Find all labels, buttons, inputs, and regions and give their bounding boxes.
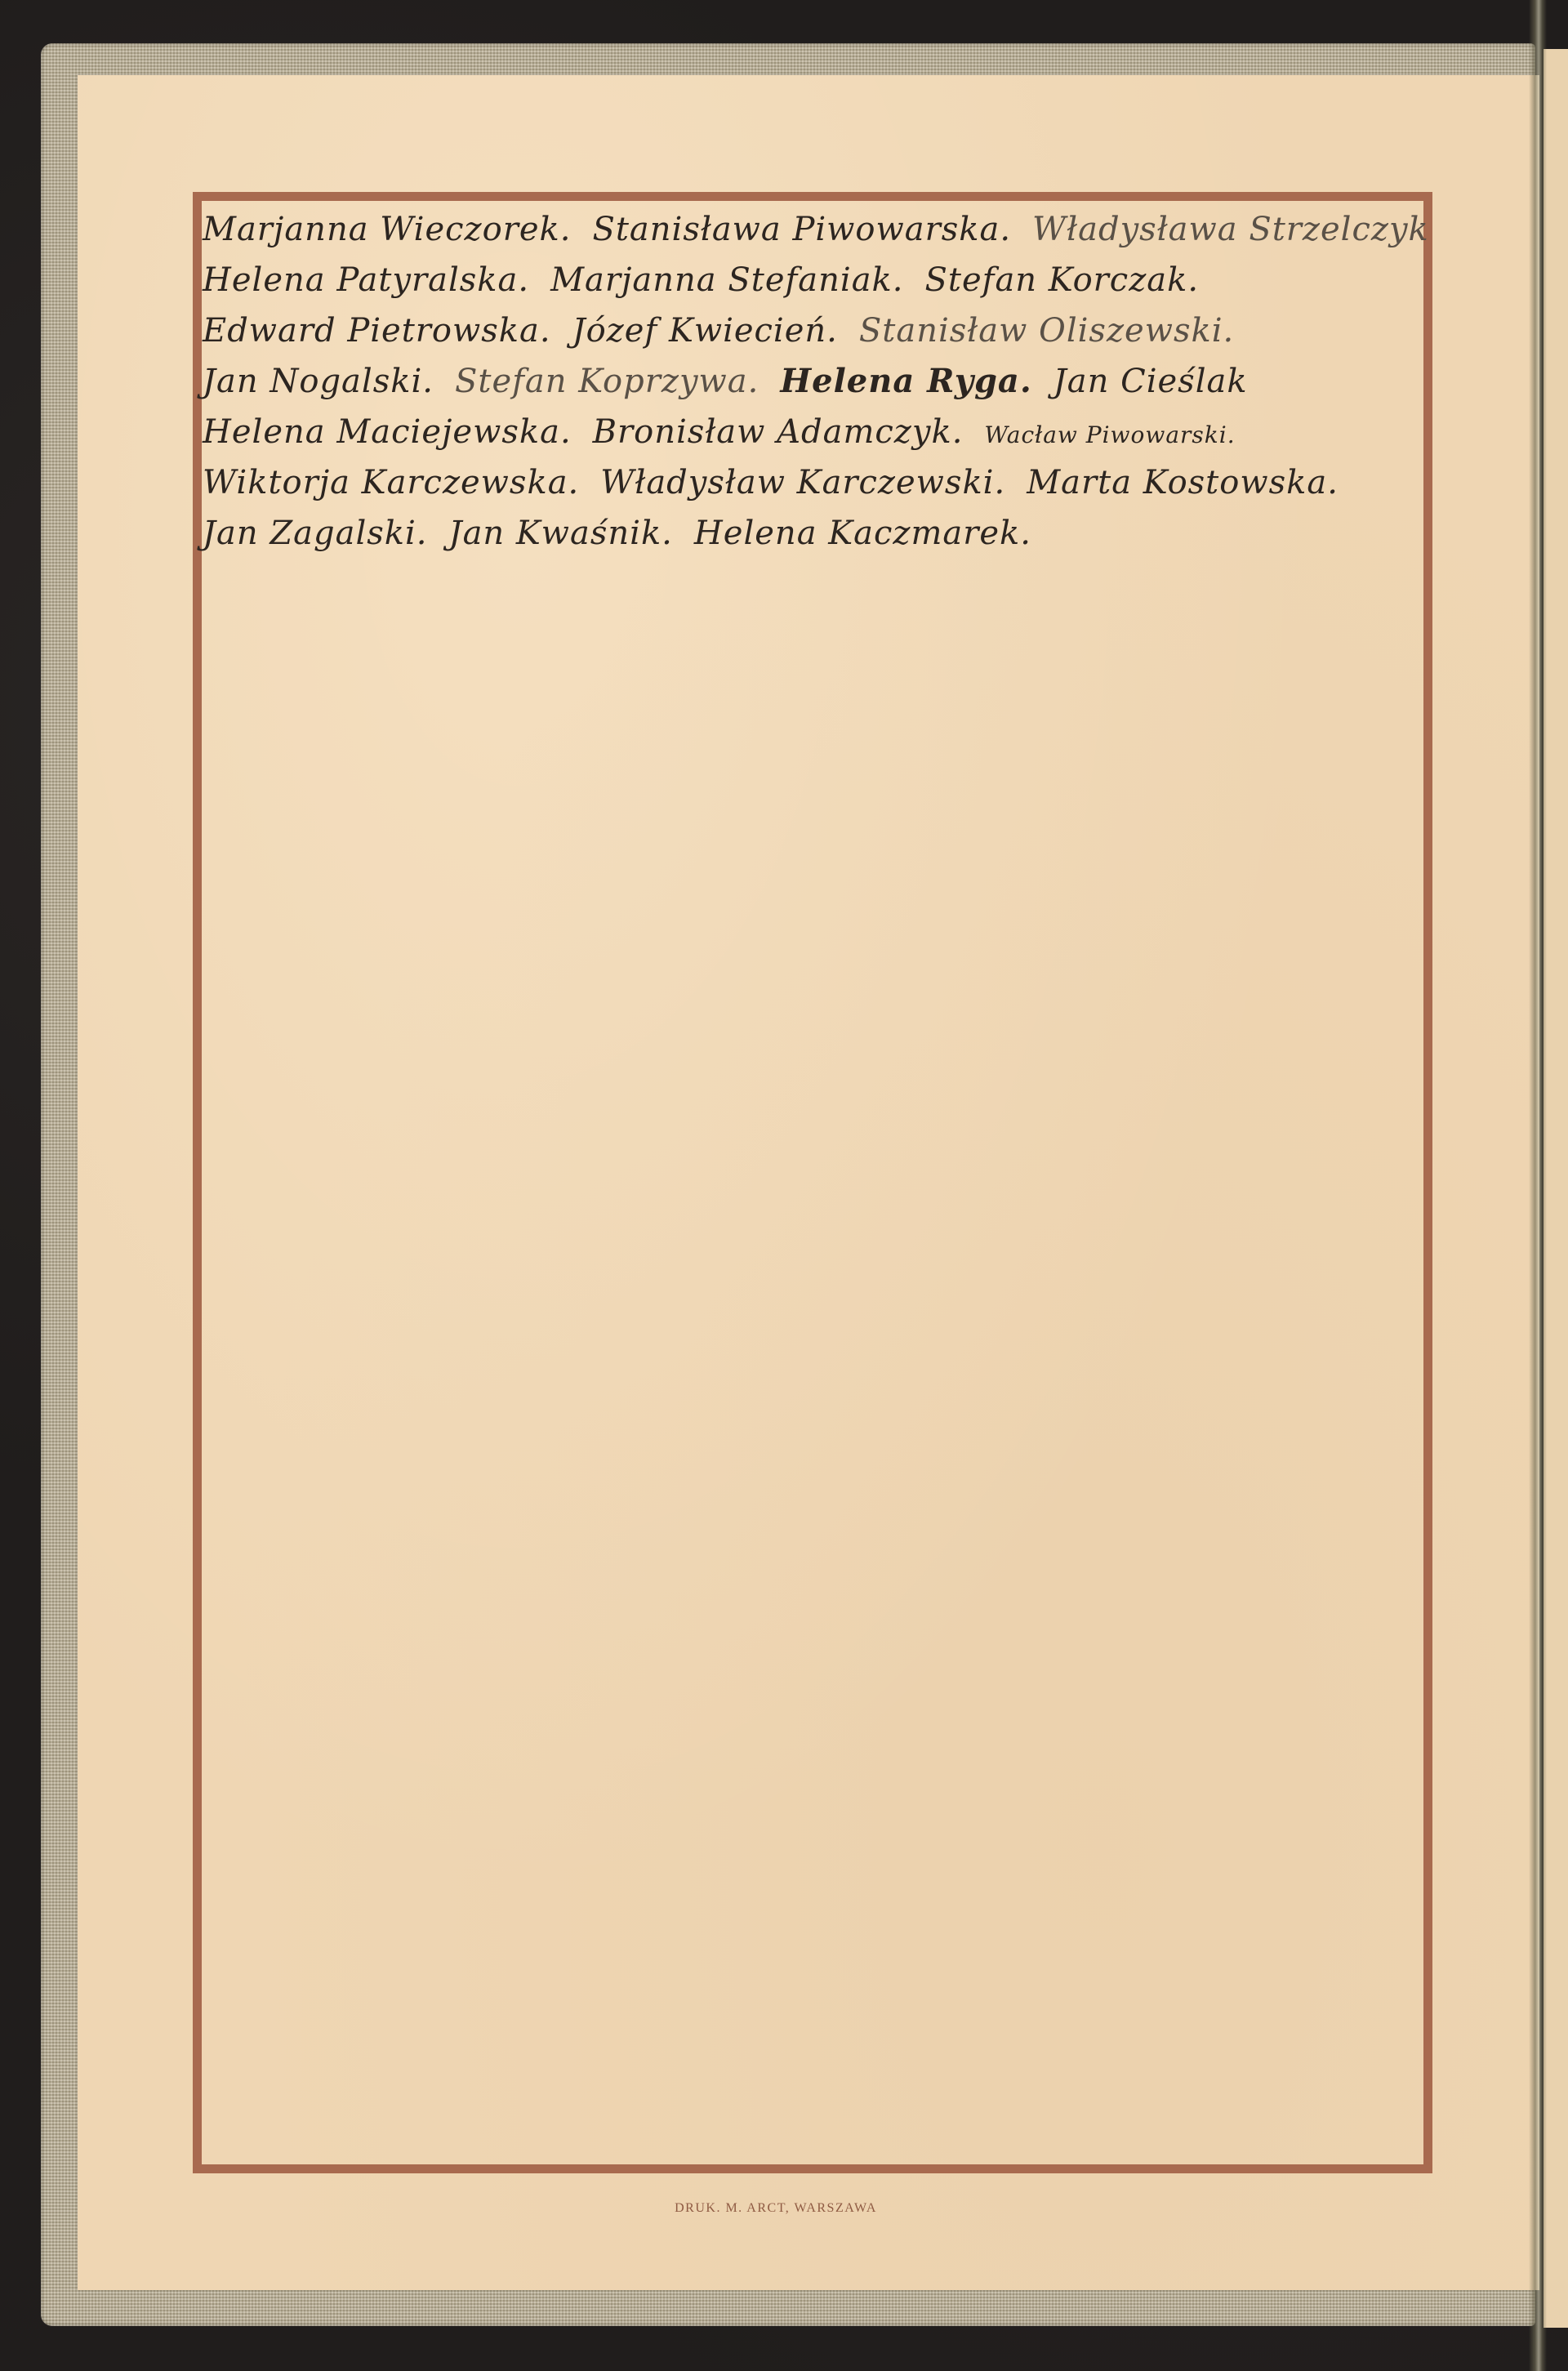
handwritten-signature: Stanisława Piwowarska.: [592, 204, 1011, 255]
handwritten-signature: Jan Zagalski.: [203, 508, 428, 559]
signature-line: Jan Zagalski.Jan Kwaśnik.Helena Kaczmare…: [203, 508, 1411, 559]
handwritten-signature: Marjanna Stefaniak.: [550, 255, 903, 305]
handwritten-signature: Helena Kaczmarek.: [694, 508, 1031, 559]
handwritten-signature: Stanisław Oliszewski.: [859, 305, 1234, 356]
handwritten-signature: Wiktorja Karczewska.: [203, 457, 579, 508]
handwritten-signature: Władysław Karczewski.: [600, 457, 1005, 508]
signature-line: Jan Nogalski.Stefan Koprzywa.Helena Ryga…: [203, 356, 1411, 407]
signature-list: Marjanna Wieczorek.Stanisława Piwowarska…: [203, 204, 1411, 559]
handwritten-signature: Jan Kwaśnik.: [449, 508, 673, 559]
handwritten-signature: Helena Maciejewska.: [203, 407, 572, 457]
handwritten-signature: Stefan Korczak.: [925, 255, 1200, 305]
handwritten-signature: Wacław Piwowarski.: [984, 410, 1235, 461]
handwritten-signature: Marjanna Wieczorek.: [203, 204, 571, 255]
handwritten-signature: Władysława Strzelczyk: [1032, 204, 1429, 255]
imprint-text: DRUK. M. ARCT, WARSZAWA: [675, 2201, 877, 2215]
handwritten-signature: Helena Patyralska.: [203, 255, 529, 305]
handwritten-signature: Marta Kostowska.: [1027, 457, 1339, 508]
signature-line: Helena Patyralska.Marjanna Stefaniak.Ste…: [203, 255, 1411, 305]
handwritten-signature: Bronisław Adamczyk.: [593, 407, 964, 457]
handwritten-signature: Stefan Koprzywa.: [455, 356, 759, 407]
signature-line: Edward Pietrowska.Józef Kwiecień.Stanisł…: [203, 305, 1411, 356]
handwritten-signature: Helena Ryga.: [780, 356, 1031, 407]
handwritten-signature: Józef Kwiecień.: [572, 305, 838, 356]
book-gutter: [1529, 0, 1547, 2371]
facing-page-edge: [1543, 49, 1568, 2328]
handwritten-signature: Jan Nogalski.: [203, 356, 434, 407]
handwritten-signature: Edward Pietrowska.: [203, 305, 551, 356]
signature-line: Helena Maciejewska.Bronisław Adamczyk.Wa…: [203, 407, 1411, 457]
signature-line: Wiktorja Karczewska.Władysław Karczewski…: [203, 457, 1411, 508]
signature-line: Marjanna Wieczorek.Stanisława Piwowarska…: [203, 204, 1411, 255]
handwritten-signature: Jan Cieślak: [1053, 356, 1248, 407]
printer-imprint: DRUK. M. ARCT, WARSZAWA: [0, 2201, 1568, 2216]
